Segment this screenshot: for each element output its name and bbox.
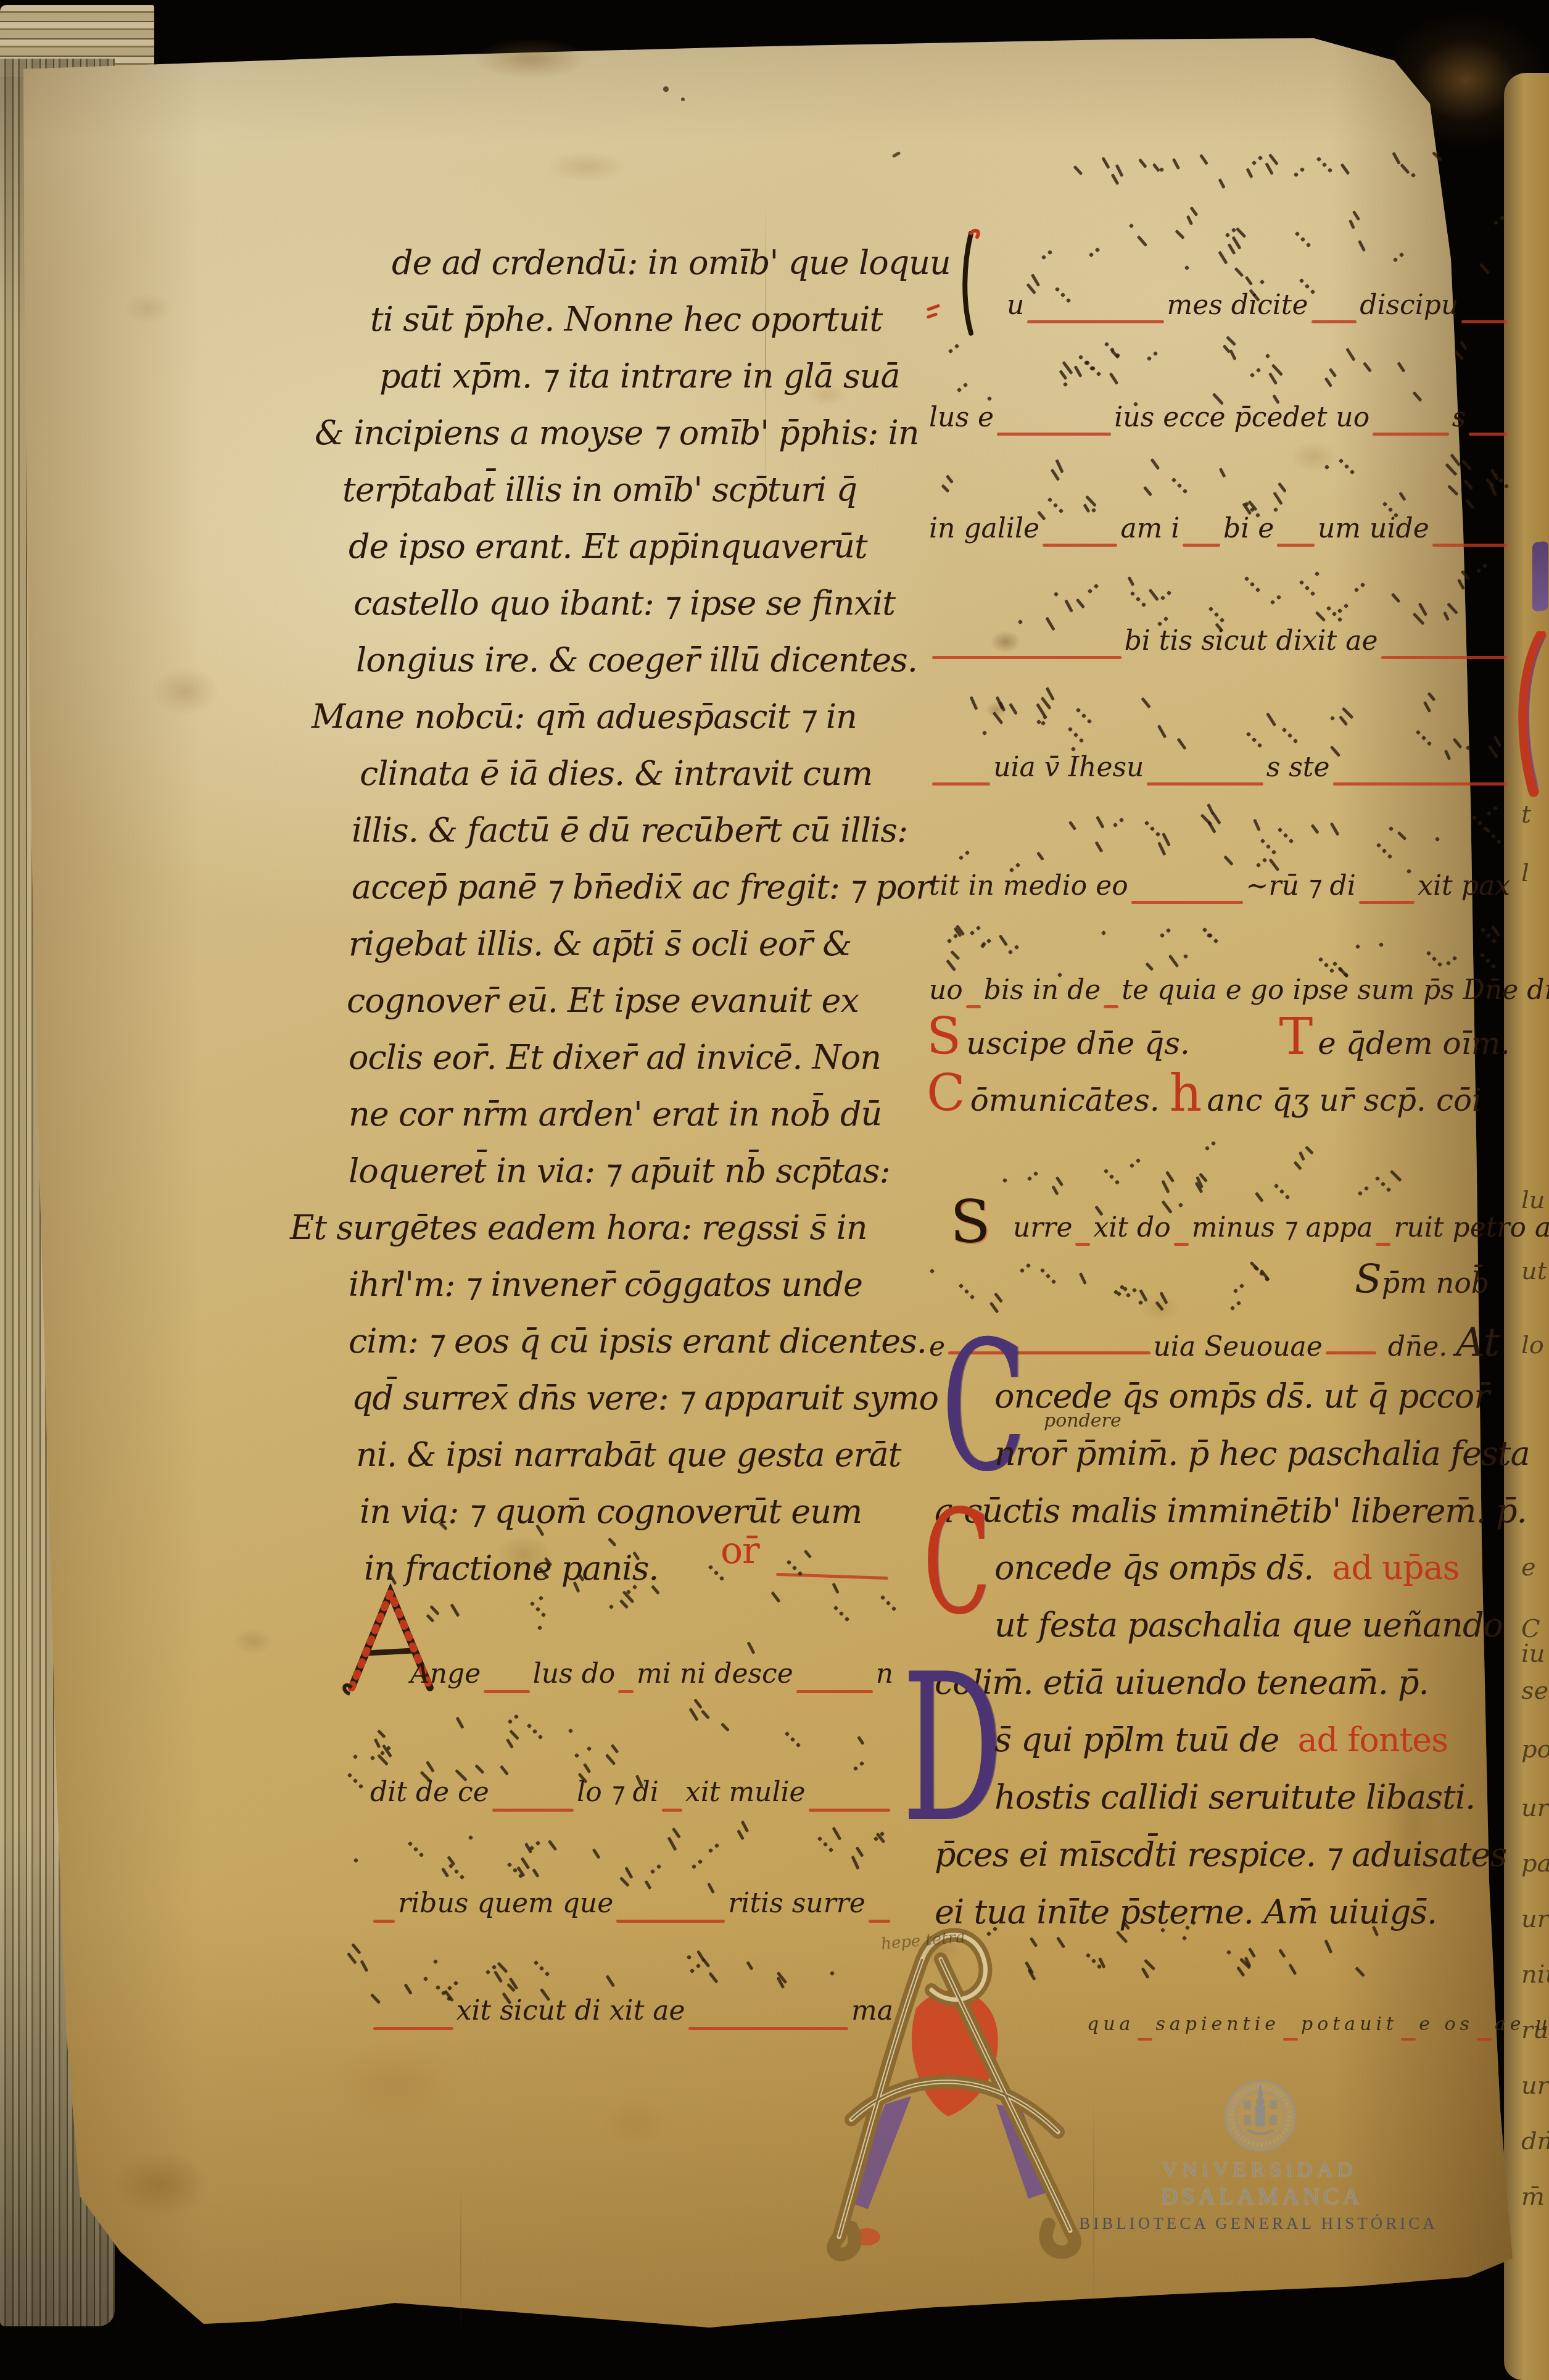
neume-mark [1492,938,1497,943]
red-staff-extender [1469,433,1507,436]
text-line: de ipso erant. Et app̄inquaverūt [349,529,867,565]
interlinear-gloss: pondere [1044,1412,1121,1430]
next-page-text-fragment: dm̄ [1521,2129,1549,2154]
red-staff-extender [796,1690,873,1693]
chant-initial-s: S [950,1191,990,1253]
chant-syllable: S [1204,1333,1223,1361]
manuscript-photo: tlluutloeC iusepourpaurniurusurdm̄m̄ [0,0,1549,2380]
text-line: ti sūt p̄phe. Nonne hec oportuit [370,302,882,338]
red-staff-extender [1277,544,1315,547]
next-page-text-fragment: ut [1521,1259,1547,1283]
prayer-line: s̄ qui pp̄lm tuū dead fontes [994,1723,1448,1758]
red-staff-extender [932,656,1121,659]
chant-syllable: mi ni desce [637,1661,793,1688]
university-seal-icon [1223,2078,1298,2154]
chant-syllable: tit in medio eo [929,873,1128,900]
next-page-text-fragment: t [1521,802,1531,827]
text-line: Mane nobcū: qm̄ aduesp̄ascit ⁊ in [312,700,857,735]
chant-syllable: qua [1087,2015,1134,2034]
chant-syllable: potauit [1301,2015,1398,2034]
rubric-initial: h [1170,1069,1202,1119]
prayer-text: ei tua inīte p̄sterne. Am̄ uiuigs̄. [935,1893,1437,1931]
red-staff-extender [616,1920,725,1923]
red-staff-extender [1326,1351,1376,1354]
watermark-university: VNiVERSiDAD [1162,2158,1358,2182]
rubric-text: ōmunicātes. [970,1085,1170,1116]
text-line: terp̄tabat̄ illis in omīb' scp̄turi q̄ [342,473,857,508]
red-staff-extender [1432,544,1507,547]
chant-syllable: bi tis sicut dixit ae [1125,628,1378,655]
rubric-initial: C [927,1069,965,1119]
neume-mark [1479,263,1490,275]
chant-syllable: Ange [410,1661,481,1688]
rubric-line: Suscipe dn̄e q̄s.Te q̄dem oīm. [927,1012,1510,1063]
chant-syllable: dit de ce [370,1779,489,1806]
red-staff-extender [373,1920,395,1923]
red-staff-extender [1461,320,1507,323]
red-staff-extender [1138,2038,1152,2041]
right-chant-line: bi tis sicut dixit ae [929,628,1510,666]
red-staff-extender [1311,320,1357,323]
bottom-chant-line: quasapientiepotauite osae ua [1087,2015,1510,2045]
chant-syllable: ritis surre [728,1890,865,1917]
chant-syllable: xit mulie [685,1779,806,1806]
right-chant-line: tit in medio eo∼rū ⁊ dixit pax [929,873,1510,911]
chant-syllable: uia [993,754,1036,781]
chant-syllable: euouae [1223,1333,1322,1361]
chant-syllable: ruit petro a [1394,1214,1549,1242]
rubric-oratio-mark: or̄ [721,1532,759,1570]
text-line: castello quo ibant: ⁊ ipse se finxit [353,586,895,621]
neume-mark [1479,953,1484,958]
right-chant-line: in galileam ibi eum uide [929,515,1510,554]
chant-syllable: bis in de [984,977,1101,1004]
text-line: pati xp̄m. ⁊ ita intrare in glā suā [379,359,900,394]
chant-syllable: urre [1013,1214,1072,1242]
margin-note: Sp̄m nob̄ [1355,1260,1489,1300]
neume-mark [1490,964,1495,969]
chant-syllable: ∼ [1246,873,1269,900]
neume-mark [1485,958,1490,963]
red-staff-extender [1104,1005,1118,1008]
red-staff-extender [1183,544,1220,547]
red-staff-extender [688,2027,848,2030]
neume-mark [1460,341,1468,350]
next-page-text-fragment: pa [1521,1851,1549,1876]
chant-syllable: um uide [1318,515,1429,542]
next-page-text-fragment: se [1521,1678,1548,1703]
prayer-line: oncede q̄s omp̄s ds̄.ad up̄as [994,1551,1459,1586]
next-page-text-fragment: C iu [1521,1617,1549,1666]
chant-syllable: xit pax [1418,873,1510,900]
text-line: clinata ē iā dies. & intravit cum [360,757,872,792]
chant-syllable: lus e [929,404,994,431]
red-staff-extender [1381,656,1507,659]
chant-syllable: xit sicut di xit ae [456,1997,685,2025]
red-staff-extender [618,1690,634,1693]
text-line: illis. & factū ē dū recūber̄t cū illis: [352,813,907,848]
red-staff-extender [492,1809,574,1812]
rubric-line: Cōmunicātes. hanc q̄ʒ ur̄ scp̄. cōi [927,1069,1510,1119]
text-line: accep̄ panē ⁊ bn̄edix̄ ac fregit: ⁊ por [352,870,931,905]
text-line: rigebat illis. & ap̄ti s̄ ocli eor̄ & [349,927,851,962]
right-chant-line: uobis in dete quia e go ipse sum p̄s Dn̄… [929,977,1510,1015]
next-page-purple-initial-fragment [1532,541,1548,612]
red-staff-extender [1043,544,1117,547]
chant-syllable: sapientie [1155,2015,1280,2034]
prayer-text: s̄ qui pp̄lm tuū de [994,1720,1279,1759]
rubric-initial: T [1279,1012,1313,1063]
next-page-text-fragment: po [1521,1737,1549,1762]
prayer-rubric: ad fontes [1297,1720,1448,1759]
chant-syllable: uo [929,977,963,1004]
next-page-text-fragment: lu [1521,1188,1545,1213]
chant-syllable: xit do [1093,1214,1170,1242]
chant-syllable: Dn̄e dm̄ [1455,977,1549,1004]
chant-syllable: ma [851,1997,893,2025]
next-page-text-fragment: niu [1521,1962,1549,1987]
chant-syllable: ribus quem que [398,1890,613,1917]
text-line: Et surgētes eadem hora: regssi s̄ in [290,1211,867,1246]
drop-cap-c: C [923,1507,991,1619]
chant-syllable: lus do [533,1661,616,1688]
margin-note-initial: S [1355,1260,1382,1300]
prayer-text: a cūctis malis imminētib' liberem̄. p̄. [935,1491,1527,1530]
prayer-text: oncede q̄s omp̄s ds̄. [994,1548,1313,1587]
neume-mark [1482,563,1487,568]
chant-syllable: mes dicite [1167,292,1308,319]
red-staff-extender [1477,2038,1492,2041]
chant-syllable: s [1452,404,1466,431]
chant-syllable: discipu [1360,292,1458,319]
margin-note-text: p̄m nob̄ [1382,1269,1489,1297]
tall-initial-stroke-icon [950,227,983,338]
red-staff-extender [966,1005,981,1008]
red-staff-extender [1174,1243,1189,1246]
offertory-chant-line: urrexit dominus ⁊ apparuit petro a [1013,1214,1445,1253]
rubric-text: e q̄dem oīm. [1318,1028,1510,1059]
chant-syllable: e os [1419,2015,1474,2034]
chant-syllable: te quia e go ipse sum [1121,977,1423,1004]
text-line: longius ire. & coeger̄ illū dicentes. [356,643,917,678]
neume-mark [1493,736,1502,747]
rubric-text: uscipe dn̄e q̄s. [966,1028,1190,1059]
text-line: cognover̄ eū. Et ipse evanuit ex [347,984,859,1019]
neume-mark [1477,820,1482,825]
prayer-text: colim̄. etiā uiuendo teneam̄. p̄. [935,1663,1429,1702]
prayer-text: nror̄ p̄mim̄. p̄ hec paschalia festa [994,1434,1530,1473]
text-line: cim: ⁊ eos q̄ cū ipsis erant dicentes. [349,1324,927,1359]
chant-syllable: bi e [1223,515,1274,542]
neume-mark [1493,806,1498,811]
next-page-text-fragment: ur [1521,2073,1549,2098]
text-line: ihrl'm: ⁊ invener̄ cōggatos unde [349,1267,862,1303]
chant-syllable: in galile [929,515,1039,542]
chant-syllable: v̄ [1036,754,1068,781]
knotwork-initial-a-icon [793,1916,1101,2262]
versicle-mark-icon [927,306,940,317]
chant-syllable: n [876,1661,893,1688]
drop-cap-d: D [902,1670,1003,1828]
chant-syllable: p̄s [1423,977,1455,1004]
left-chant-line: xit sicut di xit aema [370,1997,893,2037]
red-staff-extender [1333,782,1507,786]
next-page-text-fragment: e [1521,1555,1536,1580]
text-line: in fractione panis. [364,1551,659,1586]
red-staff-extender [1359,901,1415,904]
next-page-text-fragment: lo [1521,1333,1544,1358]
next-page-text-fragment: m̄ [1521,2184,1545,2209]
neume-mark [1487,811,1492,816]
chant-syllable: ius ecce p̄cedet uo [1114,404,1369,431]
chant-syllable: dn̄e. [1379,1333,1456,1361]
neume-mark [1486,932,1491,937]
prayer-line: hostis callidi seruitute libasti. [994,1780,1475,1815]
prayer-rubric: ad up̄as [1332,1548,1459,1587]
neume-mark [1461,459,1472,471]
prayer-line: nror̄ p̄mim̄. p̄ hec paschalia festa [994,1437,1530,1472]
text-line: & incipiens a moyse ⁊ omīb' p̄phis: in [315,416,919,451]
chant-syllable: am i [1120,515,1179,542]
text-line: de ad crdendū: in omīb' que loquu [392,246,951,281]
left-chant-line: Angelus domi ni descen [410,1661,893,1700]
red-staff-extender [1027,320,1163,323]
rubric-text: cōi [1436,1085,1482,1116]
prayer-line: colim̄. etiā uiuendo teneam̄. p̄. [935,1665,1429,1701]
red-staff-extender [484,1690,529,1693]
chant-syllable: s ste [1266,754,1330,781]
text-line: qd̄ surrex̄ dn̄s vere: ⁊ apparuit symo [352,1381,938,1416]
chant-syllable: uia [1154,1333,1205,1361]
red-staff-extender [1373,433,1449,436]
left-chant-line: dit de celo ⁊ dixit mulie [370,1779,893,1818]
red-staff-extender [1283,2038,1298,2041]
chant-syllable: minus ⁊ appa [1192,1214,1373,1242]
prayer-line: ut festa paschalia que ueñando [994,1608,1503,1643]
red-staff-extender [1131,901,1243,904]
prayer-line: ei tua inīte p̄sterne. Am̄ uiuigs̄. [935,1895,1437,1930]
chant-syllable: lo ⁊ di [577,1779,659,1806]
neume-mark [1496,839,1501,844]
red-staff-extender [373,2027,453,2030]
prayer-line: oncede q̄s omp̄s ds̄. ut q̄ pccor̄ [994,1379,1489,1414]
right-chant-line: uia v̄ Ihesus ste [929,754,1510,792]
red-staff-extender [809,1809,890,1812]
left-chant-line: ribus quem queritis surre [370,1890,893,1930]
red-staff-extender [932,782,990,786]
neume-mark [1476,568,1481,573]
neume-mark [1493,220,1498,225]
red-staff-extender [997,433,1111,436]
chant-syllable: rū ⁊ di [1268,873,1355,900]
red-staff-extender [869,1920,890,1923]
ink-speck [663,86,669,92]
neume-mark [1472,815,1477,819]
neume-mark [1491,925,1500,937]
prayer-line: p̄ces ei mīscd̄ti respice. ⁊ aduisates [935,1838,1506,1873]
next-page-red-initial-fragment [1513,631,1548,798]
neume-mark [1465,499,1474,509]
red-staff-extender [662,1809,682,1812]
chant-syllable: ae ua [1495,2015,1549,2034]
next-page-text-fragment: l [1521,861,1529,885]
chant-syllable: At [1456,1323,1500,1362]
ink-speck [681,97,685,101]
watermark-library: BIBLIOTECA GENERAL HISTÓRICA [1079,2214,1437,2233]
text-line: loqueret̄ in via: ⁊ ap̄uit nb̄ scp̄tas: [349,1154,890,1189]
right-chant-line: lus eius ecce p̄cedet uos [929,404,1510,442]
next-page-text-fragment: ur [1521,1907,1549,1931]
prayer-text: hostis callidi seruitute libasti. [994,1778,1475,1817]
text-line: oclis eor̄. Et dixer̄ ad invicē. Non [349,1040,881,1076]
neume-mark [1463,479,1473,491]
prayer-text: p̄ces ei mīscd̄ti respice. ⁊ aduisates [935,1835,1506,1874]
rubric-text: anc q̄ʒ ur̄ scp̄. [1207,1085,1435,1116]
text-line: ne cor nr̄m arden' erat in nob̄ dū [349,1097,882,1132]
next-page-text-fragment: ur [1521,1796,1549,1820]
prayer-line: a cūctis malis imminētib' liberem̄. p̄. [935,1494,1527,1529]
chant-syllable: Ihesu [1068,754,1144,781]
neume-mark [1481,927,1485,932]
text-line: in via: ⁊ quom̄ cognoverūt eum [360,1495,862,1530]
chant-syllable: u [1007,292,1024,319]
red-staff-extender [1401,2038,1416,2041]
red-staff-extender [1376,1243,1390,1246]
text-line: ni. & ipsi narrabāt que gesta erāt [356,1438,901,1473]
neume-mark [1490,834,1495,839]
red-staff-extender [1075,1243,1090,1246]
rubric-initial: S [927,1012,961,1063]
neume-mark [1498,478,1503,483]
red-staff-extender [1147,782,1263,786]
prayer-text: ut festa paschalia que ueñando [994,1606,1503,1644]
watermark-salamanca: ƉSALAMANCA [1161,2183,1363,2210]
